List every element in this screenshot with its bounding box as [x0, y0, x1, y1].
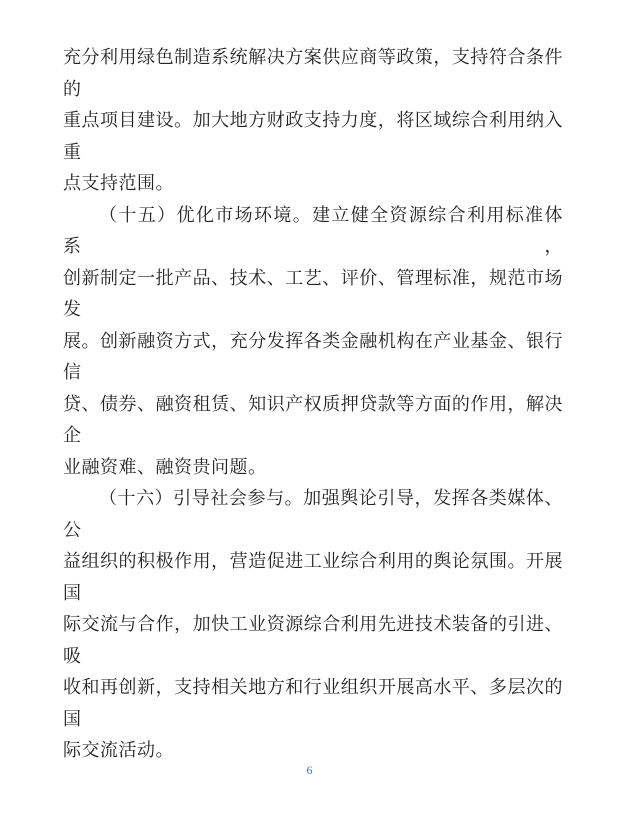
body-line: （十六）引导社会参与。加强舆论引导，发挥各类媒体、公 [63, 483, 563, 546]
body-line: 展。创新融资方式，充分发挥各类金融机构在产业基金、银行信 [63, 326, 563, 389]
body-line: 充分利用绿色制造系统解决方案供应商等政策，支持符合条件的 [63, 42, 563, 105]
body-line: （十五）优化市场环境。建立健全资源综合利用标准体系， [63, 200, 563, 263]
document-page: 充分利用绿色制造系统解决方案供应商等政策，支持符合条件的重点项目建设。加大地方财… [0, 0, 619, 839]
body-line: 重点项目建设。加大地方财政支持力度，将区域综合利用纳入重 [63, 105, 563, 168]
body-line: 际交流与合作，加快工业资源综合利用先进技术装备的引进、吸 [63, 609, 563, 672]
body-text: 充分利用绿色制造系统解决方案供应商等政策，支持符合条件的重点项目建设。加大地方财… [63, 42, 563, 767]
body-line: 创新制定一批产品、技术、工艺、评价、管理标准，规范市场发 [63, 263, 563, 326]
body-line: 点支持范围。 [63, 168, 563, 200]
body-line: 贷、债券、融资租赁、知识产权质押贷款等方面的作用，解决企 [63, 389, 563, 452]
body-line: 益组织的积极作用，营造促进工业综合利用的舆论氛围。开展国 [63, 546, 563, 609]
body-line: 收和再创新，支持相关地方和行业组织开展高水平、多层次的国 [63, 672, 563, 735]
body-line: 业融资难、融资贵问题。 [63, 452, 563, 484]
page-number: 6 [0, 762, 619, 778]
